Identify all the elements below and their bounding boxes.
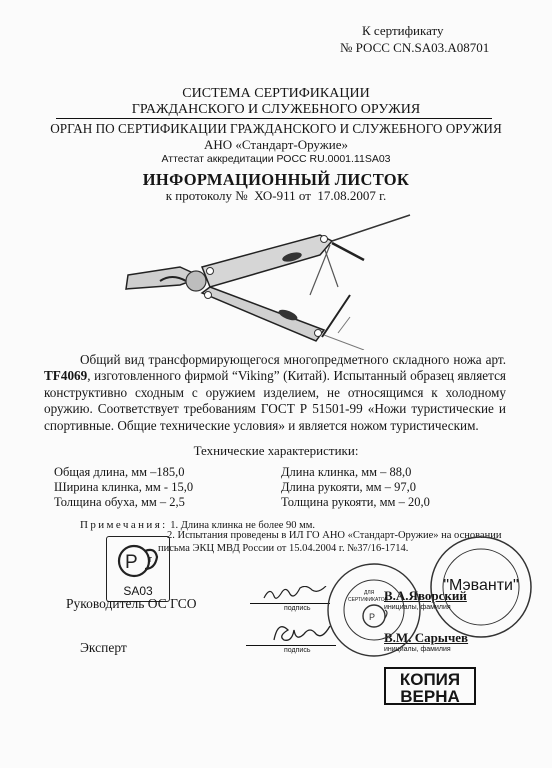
multitool-image (110, 205, 420, 350)
rst-conformity-mark: Р т SA03 (106, 536, 170, 602)
copy-stamp-line1: КОПИЯ (386, 671, 474, 688)
round-stamp-icon: Р (324, 560, 424, 660)
rst-logo-icon: Р т (107, 537, 169, 581)
stamp-center-top: ДЛЯ (364, 590, 374, 596)
signature-caption-expert: подпись (284, 647, 310, 654)
spec-spine-thickness: Толщина обуха, мм – 2,5 (54, 495, 193, 510)
company-round-stamp: "Мэванти" (427, 533, 535, 641)
article-number: TF4069 (44, 368, 87, 383)
ano-name: АНО «Стандарт-Оружие» (0, 137, 552, 153)
protocol-number: ХО-911 (254, 188, 295, 203)
spec-blade-length: Длина клинка, мм – 88,0 (281, 465, 430, 480)
signatory-role-head: Руководитель ОС ГСО (66, 596, 196, 612)
certificate-ref-label: К сертификату (340, 22, 489, 39)
svg-text:т: т (148, 554, 152, 564)
signature-line-expert (246, 645, 336, 646)
spec-handle-length: Длина рукояти, мм – 97,0 (281, 480, 430, 495)
description-part1: Общий вид трансформирующегося многопредм… (80, 352, 506, 367)
copy-verified-stamp: КОПИЯ ВЕРНА (384, 667, 476, 705)
copy-stamp-line2: ВЕРНА (386, 688, 474, 705)
organ-round-stamp: Р ДЛЯ СЕРТИФИКАТОВ (324, 560, 424, 660)
specs-left: Общая длина, мм –185,0 Ширина клинка, мм… (54, 465, 193, 510)
stamp-center-bottom: СЕРТИФИКАТОВ (348, 597, 388, 603)
system-title-line2: ГРАЖДАНСКОГО И СЛУЖЕБНОГО ОРУЖИЯ (0, 101, 552, 118)
svg-text:Р: Р (125, 552, 138, 573)
header-divider (56, 118, 492, 119)
signatory-role-expert: Эксперт (80, 640, 127, 656)
signature-caption-head: подпись (284, 605, 310, 612)
specs-right: Длина клинка, мм – 88,0 Длина рукояти, м… (281, 465, 430, 510)
description-paragraph: Общий вид трансформирующегося многопредм… (44, 352, 506, 434)
spec-blade-width: Ширина клинка, мм - 15,0 (54, 480, 193, 495)
signature-line-head (250, 603, 330, 604)
multitool-icon (110, 205, 420, 350)
organ-title: ОРГАН ПО СЕРТИФИКАЦИИ ГРАЖДАНСКОГО И СЛУ… (0, 121, 552, 137)
accreditation: Аттестат аккредитации РОСС RU.0001.11SA0… (0, 153, 552, 165)
note-2-line2: письма ЭКЦ МВД России от 15.04.2004 г. №… (158, 542, 408, 556)
protocol-prefix: к протоколу № (166, 188, 248, 203)
protocol-from: от (299, 188, 311, 203)
certificate-number: № РОСС CN.SA03.A08701 (340, 39, 489, 56)
description-part2: , изготовленного фирмой “Viking” (Китай)… (44, 368, 506, 432)
spec-handle-thickness: Толщина рукояти, мм – 20,0 (281, 495, 430, 510)
document-title: ИНФОРМАЦИОННЫЙ ЛИСТОК (0, 170, 552, 190)
specs-title: Технические характеристики: (0, 443, 552, 459)
certificate-reference: К сертификату № РОСС CN.SA03.A08701 (340, 22, 489, 56)
system-title-line1: СИСТЕМА СЕРТИФИКАЦИИ (0, 85, 552, 102)
notes-label: Примечания: (80, 519, 168, 531)
protocol-line: к протоколу № ХО-911 от 17.08.2007 г. (0, 188, 552, 204)
company-name: "Мэванти" (427, 577, 535, 595)
spec-total-length: Общая длина, мм –185,0 (54, 465, 193, 480)
svg-text:Р: Р (369, 612, 375, 622)
protocol-date: 17.08.2007 г. (317, 188, 386, 203)
